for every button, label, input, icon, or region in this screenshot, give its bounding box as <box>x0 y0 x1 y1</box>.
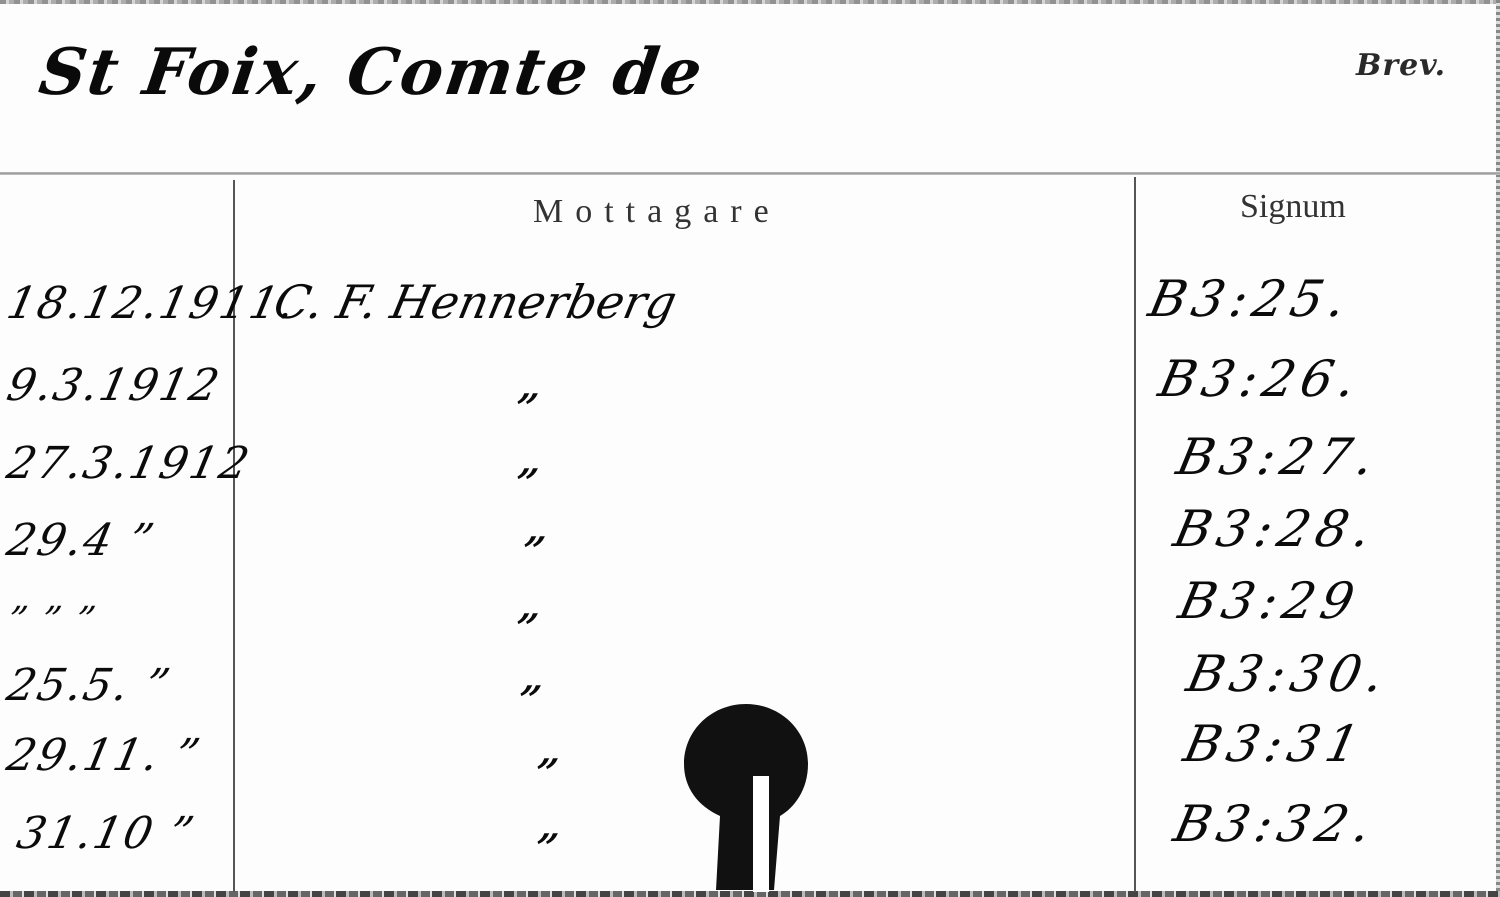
row-recipient-ditto: ” <box>517 528 548 573</box>
row-date: 29.11. ” <box>3 730 206 781</box>
row-recipient-ditto: ” <box>513 677 544 722</box>
signum-column-divider <box>1134 177 1136 892</box>
row-date: 29.4 ” <box>3 515 160 566</box>
row-recipient-ditto: ” <box>530 825 561 870</box>
row-date: ” ” ” <box>4 600 101 641</box>
card-right-edge <box>1496 0 1500 897</box>
row-recipient-ditto: ” <box>530 750 561 795</box>
row-signum: B3:29 <box>1174 572 1365 630</box>
row-signum: B3:27. <box>1172 428 1385 486</box>
row-date: 18.12.1911. <box>3 278 302 329</box>
card-title: St Foix, Comte de <box>35 35 709 110</box>
punch-hole-icon <box>682 702 810 892</box>
row-signum: B3:25. <box>1144 270 1357 328</box>
index-card: St Foix, Comte de Brev. Mottagare Signum… <box>0 0 1500 897</box>
row-signum: B3:30. <box>1182 645 1395 703</box>
header-divider <box>0 172 1500 175</box>
row-signum: B3:26. <box>1154 350 1367 408</box>
row-date: 31.10 ” <box>13 808 200 859</box>
category-label: Brev. <box>1356 48 1446 83</box>
card-top-edge <box>0 0 1500 4</box>
row-signum: B3:31 <box>1179 715 1370 773</box>
row-recipient: C. F. Hennerberg <box>269 275 681 329</box>
row-signum: B3:28. <box>1169 500 1382 558</box>
recipient-column-header: Mottagare <box>533 193 781 231</box>
row-date: 9.3.1912 <box>3 360 226 411</box>
row-signum: B3:32. <box>1169 795 1382 853</box>
row-recipient-ditto: ” <box>510 460 541 505</box>
row-recipient-ditto: ” <box>510 605 541 650</box>
row-recipient-ditto: ” <box>510 385 541 430</box>
row-date: 27.3.1912 <box>3 438 256 489</box>
signum-column-header: Signum <box>1240 188 1346 226</box>
row-date: 25.5. ” <box>3 660 176 711</box>
